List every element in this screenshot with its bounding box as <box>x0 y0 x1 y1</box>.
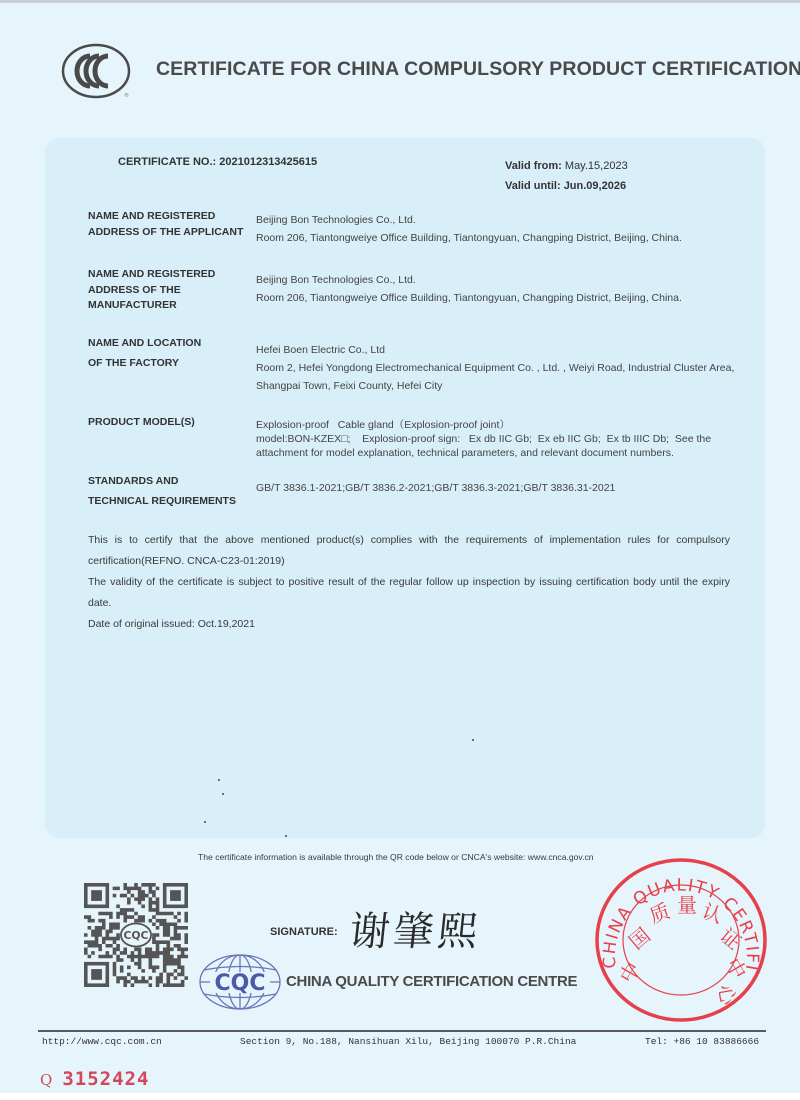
product-line: model:BON-KZEX□; Explosion-proof sign: E… <box>256 432 711 446</box>
statement-line: This is to certify that the above mentio… <box>88 530 730 551</box>
factory-name: Hefei Boen Electric Co., Ltd <box>256 341 734 359</box>
certification-statement: This is to certify that the above mentio… <box>88 530 730 635</box>
ccc-logo-icon: ® <box>60 42 134 100</box>
signature-label: SIGNATURE: <box>270 926 338 938</box>
factory-address-line: Room 2, Hefei Yongdong Electromechanical… <box>256 359 734 377</box>
manufacturer-value: Beijing Bon Technologies Co., Ltd. Room … <box>256 271 682 307</box>
product-line: attachment for model explanation, techni… <box>256 446 711 460</box>
applicant-label: NAME AND REGISTERED ADDRESS OF THE APPLI… <box>88 209 243 240</box>
footer-telephone: Tel: +86 10 83886666 <box>645 1036 759 1047</box>
valid-from-value: May.15,2023 <box>565 160 628 172</box>
svg-text:®: ® <box>124 92 129 99</box>
certificate-number: CERTIFICATE NO.: 2021012313425615 <box>118 156 317 168</box>
svg-text:认: 认 <box>699 899 726 928</box>
cqc-globe-logo-icon: CQC <box>198 953 282 1011</box>
valid-until-label: Valid until: <box>505 180 561 192</box>
svg-text:CQC: CQC <box>124 929 149 942</box>
manufacturer-address: Room 206, Tiantongweiye Office Building,… <box>256 289 682 307</box>
svg-text:质: 质 <box>646 899 673 928</box>
valid-from: Valid from: May.15,2023 <box>505 160 628 172</box>
svg-text:CQC: CQC <box>215 971 266 996</box>
footer-address: Section 9, No.188, Nansihuan Xilu, Beiji… <box>240 1036 576 1047</box>
svg-text:量: 量 <box>677 893 697 917</box>
footer-website-link[interactable]: http://www.cqc.com.cn <box>42 1036 162 1047</box>
applicant-address: Room 206, Tiantongweiye Office Building,… <box>256 229 682 247</box>
signature: 谢肇熙 <box>347 900 485 957</box>
scan-speck <box>285 835 287 837</box>
statement-line: date. <box>88 593 730 614</box>
valid-from-label: Valid from: <box>505 160 562 172</box>
product-value: Explosion-proof Cable gland（Explosion-pr… <box>256 418 711 460</box>
scan-speck <box>222 793 224 795</box>
scan-speck <box>472 739 474 741</box>
serial-number: Q3152424 <box>40 1068 149 1090</box>
qr-note: The certificate information is available… <box>198 852 594 862</box>
manufacturer-name: Beijing Bon Technologies Co., Ltd. <box>256 271 682 289</box>
footer-rule <box>38 1030 766 1032</box>
manufacturer-label-line: NAME AND REGISTERED <box>88 267 215 283</box>
standards-label-line: TECHNICAL REQUIREMENTS <box>88 492 236 512</box>
serial-prefix: Q <box>40 1071 52 1089</box>
standards-label: STANDARDS AND TECHNICAL REQUIREMENTS <box>88 472 236 511</box>
manufacturer-label: NAME AND REGISTERED ADDRESS OF THE MANUF… <box>88 267 215 314</box>
page-title: CERTIFICATE FOR CHINA COMPULSORY PRODUCT… <box>156 58 800 81</box>
statement-line: The validity of the certificate is subje… <box>88 572 730 593</box>
standards-label-line: STANDARDS AND <box>88 472 236 492</box>
svg-text:CHINA QUALITY CERTIFICATION CE: CHINA QUALITY CERTIFICATION CENTRE <box>586 848 762 973</box>
applicant-label-line: NAME AND REGISTERED <box>88 209 243 225</box>
original-issue-date: Date of original issued: Oct.19,2021 <box>88 614 730 635</box>
applicant-label-line: ADDRESS OF THE APPLICANT <box>88 225 243 241</box>
scan-speck <box>204 821 206 823</box>
serial-value: 3152424 <box>62 1068 149 1090</box>
issuer-name: CHINA QUALITY CERTIFICATION CENTRE <box>286 973 577 990</box>
svg-text:心: 心 <box>713 983 740 1008</box>
valid-until: Valid until: Jun.09,2026 <box>505 180 626 192</box>
scan-speck <box>218 779 220 781</box>
svg-text:国: 国 <box>624 923 655 954</box>
statement-line: certification(REFNO. CNCA-C23-01:2019) <box>88 551 730 572</box>
factory-value: Hefei Boen Electric Co., Ltd Room 2, Hef… <box>256 341 734 395</box>
factory-label-line: NAME AND LOCATION <box>88 334 201 354</box>
certificate-number-label: CERTIFICATE NO.: <box>118 156 216 168</box>
scan-bottom-edge <box>0 1093 800 1100</box>
manufacturer-label-line: ADDRESS OF THE <box>88 283 215 299</box>
factory-address-line: Shangpai Town, Feixi County, Hefei City <box>256 377 734 395</box>
factory-label: NAME AND LOCATION OF THE FACTORY <box>88 334 201 373</box>
official-seal-icon: CHINA QUALITY CERTIFICATION CENTRE 中 国 质… <box>586 848 776 1028</box>
certificate-number-value: 2021012313425615 <box>219 156 317 168</box>
manufacturer-label-line: MANUFACTURER <box>88 298 215 314</box>
qr-code-icon[interactable]: CQC <box>84 883 188 987</box>
applicant-value: Beijing Bon Technologies Co., Ltd. Room … <box>256 211 682 247</box>
factory-label-line: OF THE FACTORY <box>88 354 201 374</box>
standards-value: GB/T 3836.1-2021;GB/T 3836.2-2021;GB/T 3… <box>256 479 615 497</box>
product-label: PRODUCT MODEL(S) <box>88 415 195 431</box>
product-line: Explosion-proof Cable gland（Explosion-pr… <box>256 418 711 432</box>
applicant-name: Beijing Bon Technologies Co., Ltd. <box>256 211 682 229</box>
scan-top-edge <box>0 0 800 3</box>
valid-until-value: Jun.09,2026 <box>564 180 626 192</box>
